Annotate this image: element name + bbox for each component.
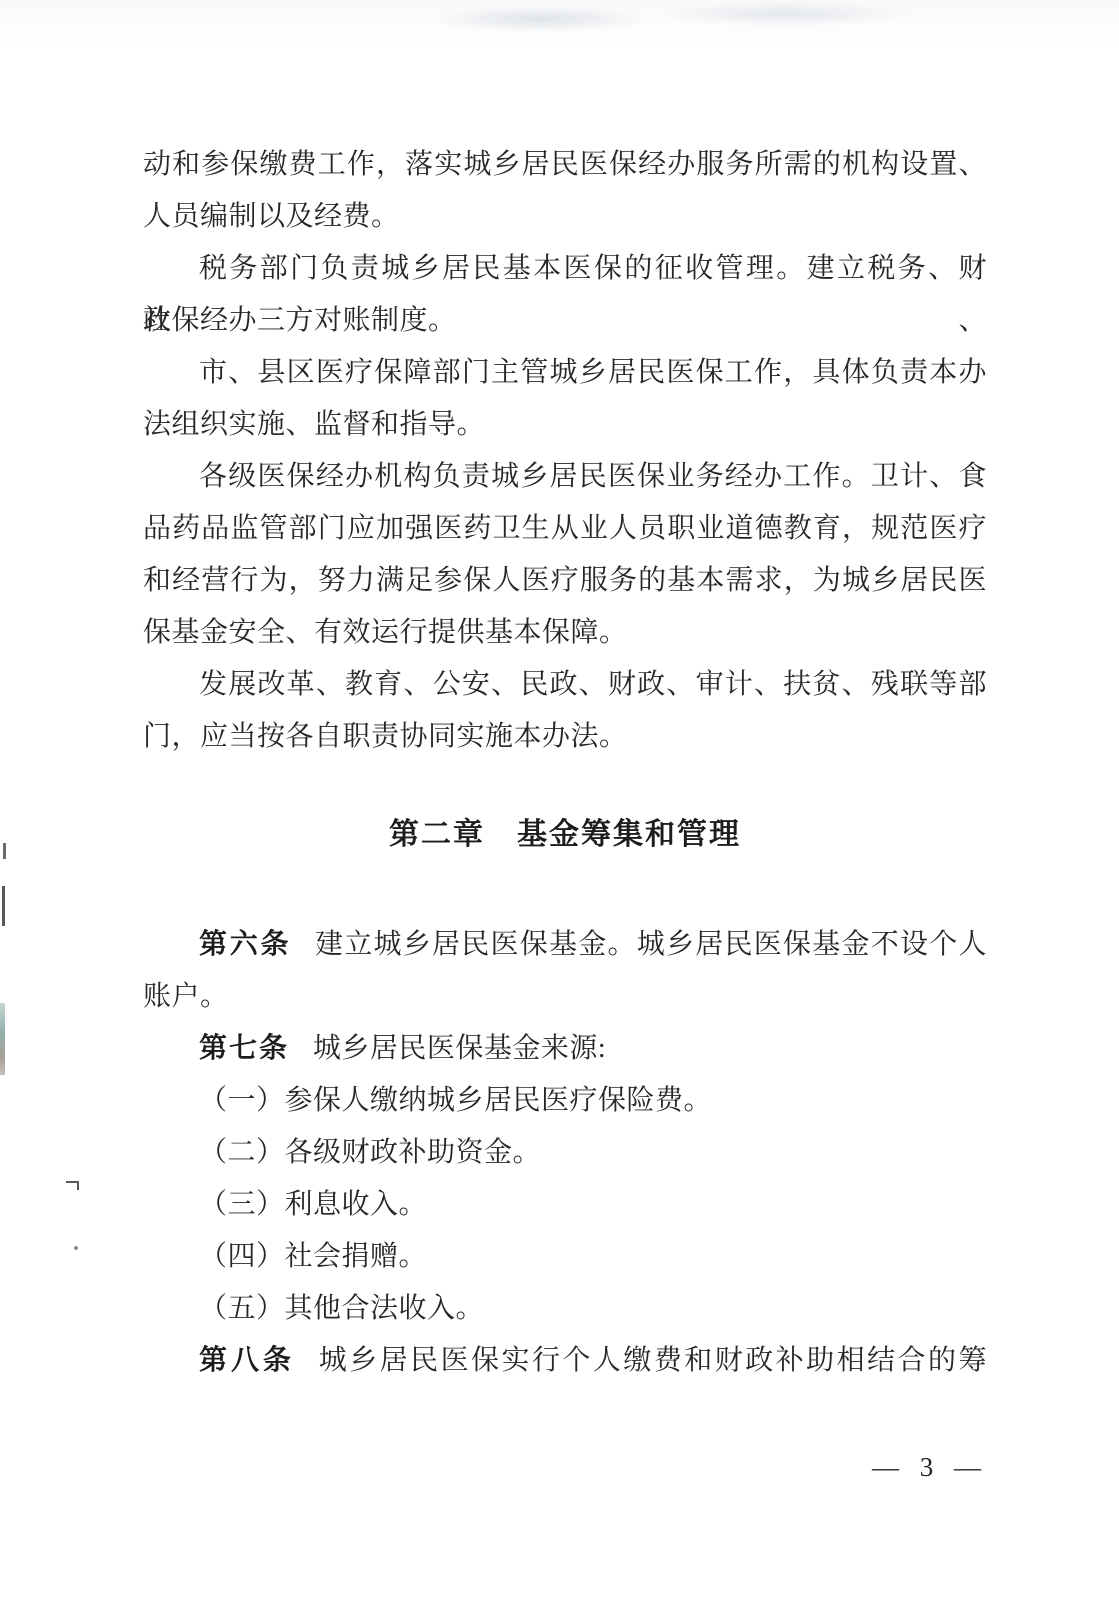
list-item: （四）社会捐赠。 <box>143 1231 987 1283</box>
scan-smudge <box>430 6 650 32</box>
list-item: （三）利息收入。 <box>143 1179 987 1231</box>
article-line: 第八条城乡居民医保实行个人缴费和财政补助相结合的筹 <box>143 1335 987 1387</box>
body-line: 法组织实施、监督和指导。 <box>143 399 987 451</box>
body-line: 市、县区医疗保障部门主管城乡居民医保工作，具体负责本办 <box>143 347 987 399</box>
list-item: （五）其他合法收入。 <box>143 1283 987 1335</box>
scan-edge-mark <box>3 843 6 859</box>
scan-smudge <box>655 2 915 26</box>
body-line: 税务部门负责城乡居民基本医保的征收管理。建立税务、财政、 <box>143 243 987 295</box>
page-number: — 3 — <box>862 1448 998 1486</box>
body-line: 保基金安全、有效运行提供基本保障。 <box>143 607 987 659</box>
body-line: 发展改革、教育、公安、民政、财政、审计、扶贫、残联等部 <box>143 659 987 711</box>
article-number: 第六条 <box>199 929 291 960</box>
body-line: 人员编制以及经费。 <box>143 191 987 243</box>
body-line: 和经营行为，努力满足参保人医疗服务的基本需求，为城乡居民医 <box>143 555 987 607</box>
scan-edge-mark <box>66 1181 79 1190</box>
scanned-page: 动和参保缴费工作，落实城乡居民医保经办服务所需的机构设置、 人员编制以及经费。 … <box>0 0 1119 1600</box>
article-line: 第七条城乡居民医保基金来源: <box>143 1023 987 1075</box>
body-line: 各级医保经办机构负责城乡居民医保业务经办工作。卫计、食 <box>143 451 987 503</box>
body-line: 动和参保缴费工作，落实城乡居民医保经办服务所需的机构设置、 <box>143 139 987 191</box>
article-number: 第七条 <box>199 1033 289 1064</box>
chapter-heading: 第二章 基金筹集和管理 <box>143 809 987 861</box>
body-line: 品药品监管部门应加强医药卫生从业人员职业道德教育，规范医疗 <box>143 503 987 555</box>
body-line: 账户。 <box>143 971 987 1023</box>
scan-edge-mark <box>74 1246 78 1250</box>
scan-edge-mark <box>2 886 5 926</box>
article-text: 建立城乡居民医保基金。城乡居民医保基金不设个人 <box>315 929 987 960</box>
article-text: 城乡居民医保基金来源: <box>313 1033 606 1064</box>
list-item: （二）各级财政补助资金。 <box>143 1127 987 1179</box>
scan-edge-mark <box>0 1003 5 1075</box>
article-text: 城乡居民医保实行个人缴费和财政补助相结合的筹 <box>319 1345 987 1376</box>
article-number: 第八条 <box>199 1345 295 1376</box>
article-line: 第六条建立城乡居民医保基金。城乡居民医保基金不设个人 <box>143 919 987 971</box>
document-body: 动和参保缴费工作，落实城乡居民医保经办服务所需的机构设置、 人员编制以及经费。 … <box>143 139 987 1387</box>
list-item: （一）参保人缴纳城乡居民医疗保险费。 <box>143 1075 987 1127</box>
body-line: 门，应当按各自职责协同实施本办法。 <box>143 711 987 763</box>
